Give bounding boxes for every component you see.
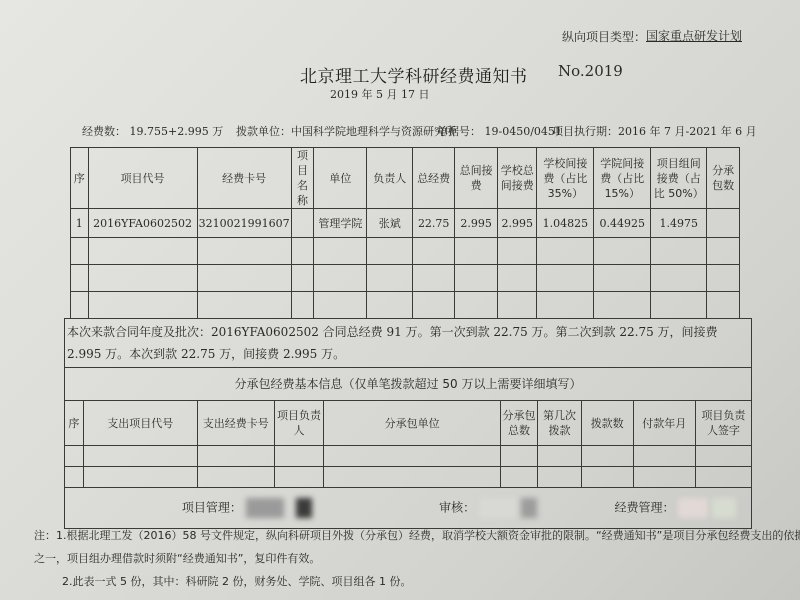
header-cell: 拨款数 (581, 401, 633, 446)
signature-row: 项目管理： 审核： 经费管理： (65, 488, 752, 529)
cell: 管理学院 (314, 209, 367, 238)
table-row: 1 2016YFA0602502 3210021991607 管理学院 张斌 2… (71, 209, 740, 238)
cell: 张斌 (367, 209, 413, 238)
header-cell: 项目组间接费（占比 50%） (651, 148, 707, 209)
cell: 2.995 (498, 209, 537, 238)
cell: 2016YFA0602502 (88, 209, 197, 238)
table-header-row: 序 支出项目代号 支出经费卡号 项目负责人 分承包单位 分承包总数 第几次拨款 … (65, 401, 752, 446)
table-row-empty (65, 467, 752, 488)
table-row-empty (71, 292, 740, 319)
receipt-number: 单据号： 19-0450/0451 (437, 123, 562, 139)
redacted-signature (246, 498, 284, 518)
document-title: 北京理工大学科研经费通知书 (300, 62, 528, 87)
header-cell: 付款年月 (633, 401, 695, 446)
header-cell: 项目名称 (291, 148, 314, 209)
redacted-signature (712, 498, 736, 518)
review-label: 审核： (439, 501, 475, 515)
header-cell: 总经费 (413, 148, 455, 209)
redacted-signature (479, 498, 517, 518)
project-type-label: 纵向项目类型： (562, 28, 646, 45)
execution-period: 项目执行期：2016 年 7 月-2021 年 6 月 (552, 123, 757, 139)
table-row-empty (71, 238, 740, 265)
payer-unit: 拨款单位：中国科学院地理科学与资源研究所 (236, 123, 456, 139)
cell: 1 (71, 209, 89, 238)
footer-note-1-cont: 之一，项目组办理借款时须附“经费通知书”，复印件有效。 (34, 550, 320, 566)
subcontract-table: 本次来款合同年度及批次：2016YFA0602502 合同总经费 91 万。第一… (64, 318, 752, 529)
document-page: 纵向项目类型： 国家重点研发计划 北京理工大学科研经费通知书 No.2019 2… (0, 0, 800, 600)
header-cell: 总间接费 (455, 148, 498, 209)
cell (707, 209, 740, 238)
header-cell: 单位 (314, 148, 367, 209)
header-cell: 第几次拨款 (538, 401, 582, 446)
section-title: 分承包经费基本信息（仅单笔拨款超过 50 万以上需要详细填写） (65, 368, 752, 401)
footer-note-2: 2.此表一式 5 份，其中：科研院 2 份，财务处、学院、项目组各 1 份。 (62, 573, 411, 589)
table-row-empty (65, 446, 752, 467)
redacted-signature (678, 498, 708, 518)
header-cell: 学院间接费（占比 15%） (594, 148, 651, 209)
project-type-value: 国家重点研发计划 (646, 27, 742, 44)
header-cell: 分承包数 (707, 148, 740, 209)
funds-mgmt-label: 经费管理： (614, 501, 674, 515)
redacted-signature (296, 498, 312, 518)
header-cell: 经费卡号 (197, 148, 291, 209)
header-cell: 序 (71, 148, 89, 209)
header-cell: 项目负责人签字 (695, 401, 751, 446)
header-cell: 序 (65, 401, 84, 446)
funding-amount: 经费数： 19.755+2.995 万 (82, 123, 223, 139)
header-cell: 项目负责人 (274, 401, 324, 446)
project-mgmt-label: 项目管理： (182, 501, 242, 515)
payment-note-row: 本次来款合同年度及批次：2016YFA0602502 合同总经费 91 万。第一… (65, 319, 752, 368)
header-cell: 分承包单位 (324, 401, 500, 446)
section-title-row: 分承包经费基本信息（仅单笔拨款超过 50 万以上需要详细填写） (65, 368, 752, 401)
document-date: 2019 年 5 月 17 日 (330, 86, 429, 102)
cell (291, 209, 314, 238)
header-cell: 支出项目代号 (83, 401, 197, 446)
table-header-row: 序 项目代号 经费卡号 项目名称 单位 负责人 总经费 总间接费 学校总间接费 … (71, 148, 740, 209)
document-number: No.2019 (558, 62, 623, 80)
funding-table: 序 项目代号 经费卡号 项目名称 单位 负责人 总经费 总间接费 学校总间接费 … (70, 147, 740, 319)
header-cell: 学校间接费（占比 35%） (537, 148, 594, 209)
footer-note-1: 注：1.根据北理工发（2016）58 号文件规定，纵向科研项目外拨（分承包）经费… (34, 527, 800, 543)
table-row-empty (71, 265, 740, 292)
cell: 3210021991607 (197, 209, 291, 238)
cell: 1.04825 (537, 209, 594, 238)
cell: 2.995 (455, 209, 498, 238)
header-cell: 支出经费卡号 (197, 401, 274, 446)
cell: 22.75 (413, 209, 455, 238)
payment-note: 本次来款合同年度及批次：2016YFA0602502 合同总经费 91 万。第一… (65, 319, 752, 368)
header-cell: 负责人 (367, 148, 413, 209)
header-cell: 学校总间接费 (498, 148, 537, 209)
header-cell: 分承包总数 (500, 401, 537, 446)
cell: 1.4975 (651, 209, 707, 238)
redacted-signature (521, 498, 537, 518)
header-cell: 项目代号 (88, 148, 197, 209)
cell: 0.44925 (594, 209, 651, 238)
